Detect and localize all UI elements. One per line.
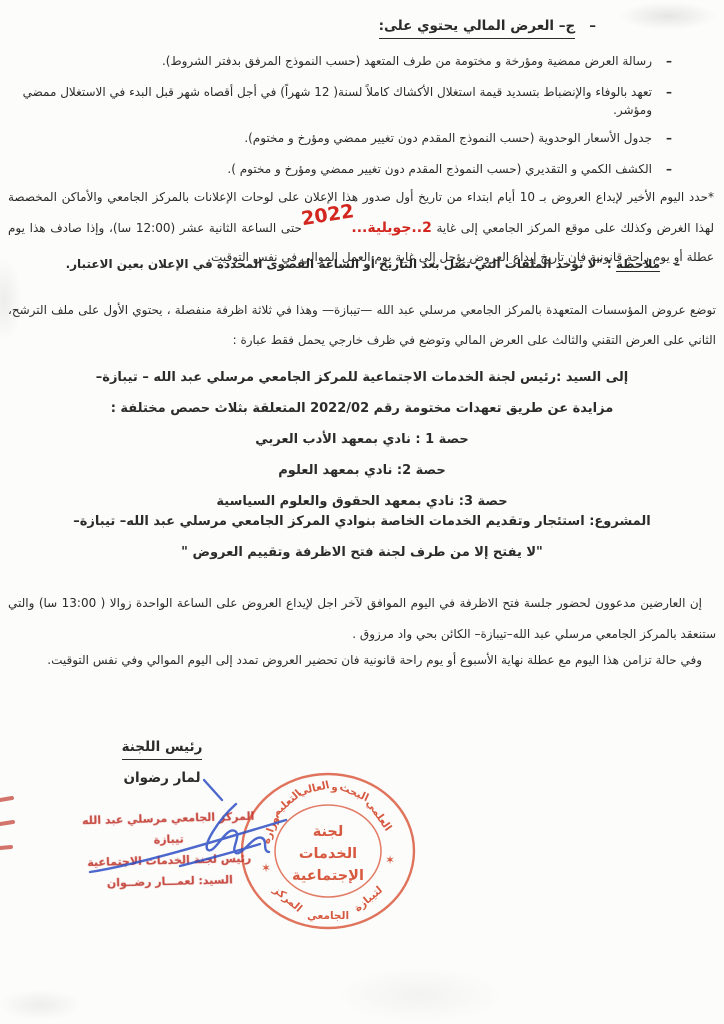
bullet-text: الكشف الكمي و التقديري (حسب النموذج المق… xyxy=(227,160,652,179)
bullet-text: تعهد بالوفاء والإنضباط بتسديد قيمة استغل… xyxy=(6,83,652,120)
stamp-center-line: لجنة xyxy=(313,824,344,840)
stamp-arc-word: و xyxy=(330,781,339,794)
bullet-dash: – xyxy=(666,129,672,148)
stamp-arc-word: العالي xyxy=(297,779,331,798)
edge-stamp-fragments xyxy=(0,792,16,864)
project-title: المشروع: استئجار وتقديم الخدمات الخاصة ب… xyxy=(30,506,694,537)
postpone-paragraph: وفي حالة تزامن هذا اليوم مع عطلة نهاية ا… xyxy=(8,651,702,670)
signature-title: رئيس اللجنة xyxy=(122,737,203,760)
project-block: المشروع: استئجار وتقديم الخدمات الخاصة ب… xyxy=(30,506,694,568)
bullet-dash: – xyxy=(589,16,596,37)
financial-offer-heading: ج– العرض المالي يحتوي على: xyxy=(379,16,576,39)
bullet-item: – الكشف الكمي و التقديري (حسب النموذج ال… xyxy=(6,160,672,181)
financial-offer-bullet-list: – رسالة العرض ممضية ومؤرخة و مختومة من ط… xyxy=(6,52,672,190)
stamp-center-line: الخدمات xyxy=(299,846,357,862)
bullet-text: رسالة العرض ممضية ومؤرخة و مختومة من طرف… xyxy=(162,52,652,71)
edge-mark xyxy=(0,847,11,848)
note-row: – ملاحظة : "لا تؤخذ الملفات التي تصل بعد… xyxy=(8,255,680,274)
bullet-item: – تعهد بالوفاء والإنضباط بتسديد قيمة است… xyxy=(6,83,672,120)
project-open-only-note: "لا يفتح إلا من طرف لجنة فتح الاظرفة وتق… xyxy=(30,537,694,568)
lot-2: حصة 2: نادي بمعهد العلوم xyxy=(30,455,694,486)
address-block: إلى السيد :رئيس لجنة الخدمات الاجتماعية … xyxy=(30,362,694,517)
edge-mark xyxy=(0,798,12,800)
handwritten-signature xyxy=(84,772,296,890)
bullet-text: جدول الأسعار الوحدوية (حسب النموذج المقد… xyxy=(244,129,652,148)
stamp-arc-word: العلمي xyxy=(364,797,394,833)
edge-mark xyxy=(0,822,13,824)
signature-stroke xyxy=(204,780,222,800)
note-text: : "لا تؤخذ الملفات التي تصل بعد التاريخ … xyxy=(66,257,616,271)
bullet-dash: – xyxy=(666,160,672,179)
note-label: ملاحظة xyxy=(616,257,660,272)
scanned-document-page: – ج– العرض المالي يحتوي على: – رسالة الع… xyxy=(0,0,724,1024)
bullet-item: – رسالة العرض ممضية ومؤرخة و مختومة من ط… xyxy=(6,52,672,73)
handwritten-date-day: 2..جويلية... xyxy=(351,220,431,236)
address-line-recipient: إلى السيد :رئيس لجنة الخدمات الاجتماعية … xyxy=(30,362,694,393)
session-paragraph: إن العارضين مدعوون لحضور جلسة فتح الاظرف… xyxy=(8,588,716,650)
bullet-dash: – xyxy=(666,52,672,71)
bullet-dash: – xyxy=(674,255,680,274)
stamp-arc-word: الجامعي xyxy=(307,910,349,922)
stamp-star-icon: ✶ xyxy=(385,853,395,867)
envelope-paragraph: توضع عروض المؤسسات المتعهدة بالمركز الجا… xyxy=(8,295,716,355)
stamp-arc-word: البحث xyxy=(338,781,371,804)
address-line-auction: مزايدة عن طريق تعهدات مختومة رقم 2022/02… xyxy=(30,393,694,424)
lot-1: حصة 1 : نادي بمعهد الأدب العربي xyxy=(30,424,694,455)
financial-offer-heading-row: – ج– العرض المالي يحتوي على: xyxy=(10,16,596,39)
bullet-item: – جدول الأسعار الوحدوية (حسب النموذج الم… xyxy=(6,129,672,150)
bullet-dash: – xyxy=(666,83,672,102)
note-text-wrap: ملاحظة : "لا تؤخذ الملفات التي تصل بعد ا… xyxy=(66,255,660,274)
stamp-center-line: الإجتماعية xyxy=(292,868,364,884)
stamp-arc-word: لتيبازة xyxy=(352,884,385,914)
